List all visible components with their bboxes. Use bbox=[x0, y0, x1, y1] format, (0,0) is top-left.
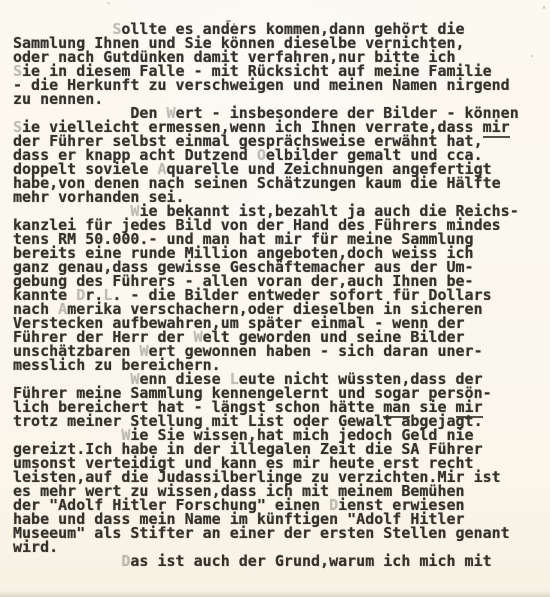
text-segment: W bbox=[139, 342, 148, 360]
text-segment: A bbox=[158, 160, 167, 178]
text-segment: W bbox=[130, 370, 139, 388]
text-segment: W bbox=[167, 104, 176, 122]
paragraph: Den Wert - insbesondere der Bilder - kön… bbox=[13, 106, 550, 204]
document-body: Sollte es anders kommen,dann gehört dieS… bbox=[13, 22, 550, 568]
text-segment: as ist auch der Grund,warum ich mich mit bbox=[130, 552, 491, 570]
paragraph: Sollte es anders kommen,dann gehört dieS… bbox=[13, 22, 550, 106]
text-segment: W bbox=[194, 328, 203, 346]
text-segment: D bbox=[121, 552, 130, 570]
text-segment: S bbox=[112, 20, 121, 38]
text-segment: D bbox=[329, 496, 338, 514]
text-segment: S bbox=[13, 118, 22, 136]
text-segment: W bbox=[121, 426, 130, 444]
paragraph: Wie bekannt ist,bezahlt ja auch die Reic… bbox=[13, 204, 550, 372]
text-segment bbox=[13, 552, 121, 570]
text-segment: A bbox=[58, 300, 67, 318]
text-segment: Museeum" als Stifter an einer der ersten… bbox=[13, 524, 510, 542]
text-segment: D bbox=[76, 286, 85, 304]
scan-edge-shadow bbox=[0, 591, 550, 597]
text-line: Das ist auch der Grund,warum ich mich mi… bbox=[13, 554, 550, 568]
text-segment: L bbox=[103, 286, 112, 304]
paragraph: Das ist auch der Grund,warum ich mich mi… bbox=[13, 554, 550, 568]
paragraph: Wie Sie wissen,hat mich jedoch Geld nieg… bbox=[13, 428, 550, 554]
text-segment: W bbox=[130, 202, 139, 220]
paper-speck bbox=[107, 2, 110, 4]
text-segment: L bbox=[230, 370, 239, 388]
text-segment: O bbox=[257, 146, 266, 164]
text-segment: S bbox=[13, 62, 22, 80]
underlined-text: mir bbox=[483, 118, 510, 138]
paragraph: Wenn diese Leute nicht wüssten,dass derF… bbox=[13, 372, 550, 428]
paper-speck bbox=[543, 6, 545, 9]
text-line: Museeum" als Stifter an einer der ersten… bbox=[13, 526, 550, 540]
